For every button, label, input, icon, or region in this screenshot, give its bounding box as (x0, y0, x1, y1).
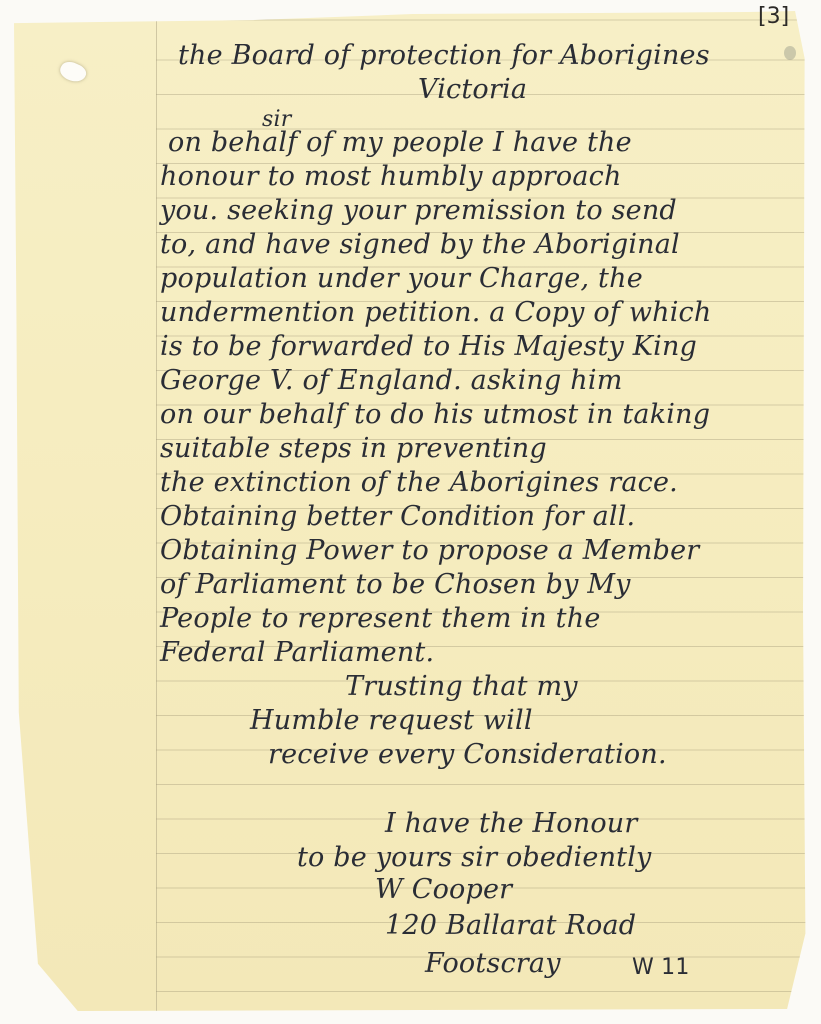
page-number: [3] (758, 4, 789, 29)
body-line: is to be forwarded to His Majesty King (160, 331, 697, 362)
margin-line (156, 8, 157, 1014)
body-line: honour to most humbly approach (160, 161, 622, 192)
signoff-line: I have the Honour (385, 808, 638, 839)
body-line: Federal Parliament. (160, 637, 434, 668)
body-line: population under your Charge, the (160, 263, 643, 294)
address-postcode: W 11 (632, 955, 690, 980)
body-line: to, and have signed by the Aboriginal (160, 229, 680, 260)
body-line: suitable steps in preventing (160, 433, 547, 464)
body-line: undermention petition. a Copy of which (160, 297, 711, 328)
body-line: the extinction of the Aborigines race. (160, 467, 678, 498)
body-line: on our behalf to do his utmost in taking (160, 399, 710, 430)
addressee-line-2: Victoria (418, 74, 527, 105)
addressee-line-1: the Board of protection for Aborigines (178, 40, 710, 71)
address-street: 120 Ballarat Road (385, 910, 636, 941)
closing-line: receive every Consideration. (268, 739, 667, 770)
address-suburb: Footscray (425, 948, 561, 979)
body-line: Obtaining better Condition for all. (160, 501, 635, 532)
body-line: People to represent them in the (160, 603, 601, 634)
body-line: on behalf of my people I have the (168, 127, 632, 158)
body-line: of Parliament to be Chosen by My (160, 569, 631, 600)
closing-line: Humble request will (250, 705, 533, 736)
body-line: you. seeking your premission to send (160, 195, 677, 226)
closing-line: Trusting that my (345, 671, 578, 702)
body-line: Obtaining Power to propose a Member (160, 535, 699, 566)
punch-hole (57, 58, 88, 85)
ink-stain (784, 46, 796, 60)
signoff-line: to be yours sir obediently (297, 842, 652, 873)
signature: W Cooper (375, 874, 512, 905)
body-line: George V. of England. asking him (160, 365, 623, 396)
